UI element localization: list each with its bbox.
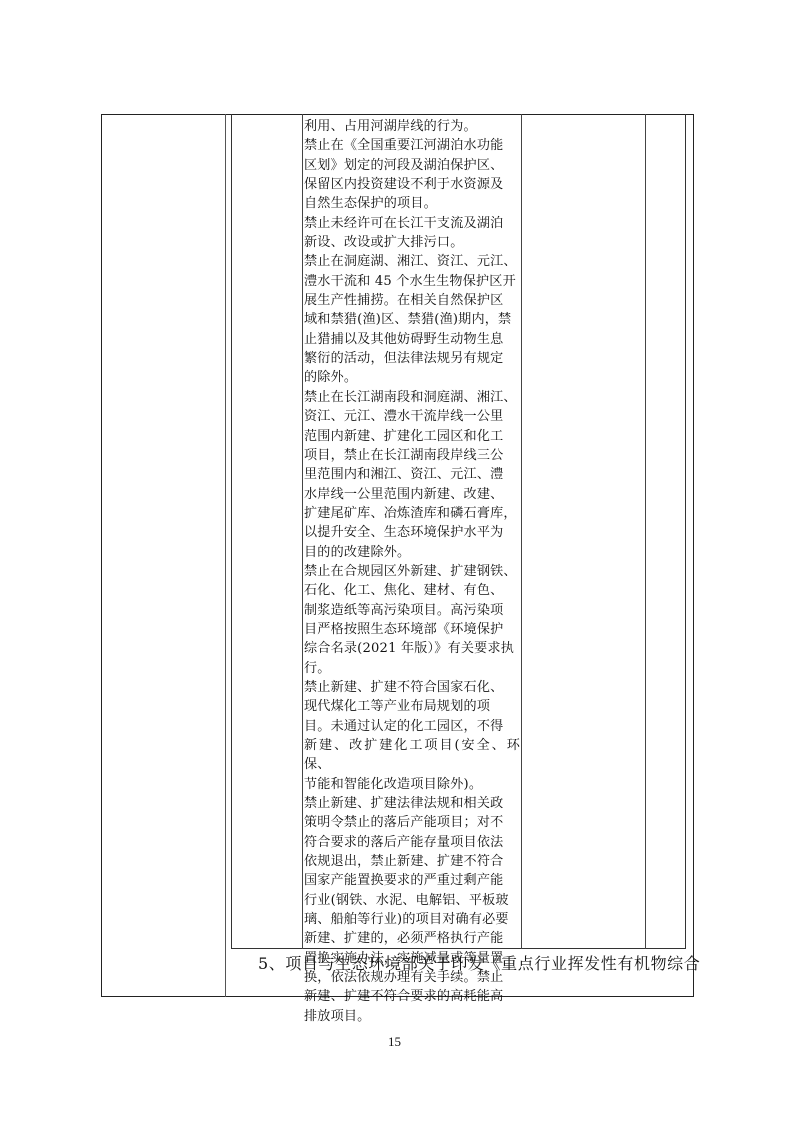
text-line: 禁止新建、扩建法律法规和相关政 [304,794,520,813]
inner-column-divider-1 [302,114,303,949]
text-line: 繁衍的活动，但法律法规另有规定 [304,349,520,368]
text-line: 资江、元江、澧水干流岸线一公里 [304,407,520,426]
text-line: 禁止新建、扩建不符合国家石化、 [304,678,520,697]
inner-column-divider-2 [521,114,522,949]
text-line: 禁止未经许可在长江干支流及湖泊 [304,214,520,233]
text-line: 以提升安全、生态环境保护水平为 [304,523,520,542]
text-line: 新建、扩建不符合要求的高耗能高 [304,987,520,1006]
text-line: 排放项目。 [304,1007,520,1026]
text-line: 依规退出，禁止新建、扩建不符合 [304,852,520,871]
text-line: 展生产性捕捞。在相关自然保护区 [304,291,520,310]
text-line: 里范围内和湘江、资江、元江、澧 [304,465,520,484]
text-line: 区划》划定的河段及湖泊保护区、 [304,156,520,175]
text-line: 国家产能置换要求的严重过剩产能 [304,871,520,890]
text-line: 扩建尾矿库、冶炼渣库和磷石膏库， [304,504,520,523]
text-line: 目严格按照生态环境部《环境保护 [304,620,520,639]
text-line: 域和禁猎(渔)区、禁猎(渔)期内，禁 [304,310,520,329]
section-5-heading: 5、项目与生态环境部关于印发《重点行业挥发性有机物综合 [258,953,688,975]
text-line: 自然生态保护的项目。 [304,194,520,213]
text-line: 的除外。 [304,368,520,387]
text-line: 行。 [304,659,520,678]
text-line: 利用、占用河湖岸线的行为。 [304,117,520,136]
text-line: 新建、改扩建化工项目(安全、环保、 [304,736,520,775]
text-line: 澧水干流和 45 个水生生物保护区开 [304,272,520,291]
page-number: 15 [388,1034,401,1050]
text-line: 璃、船舶等行业)的项目对确有必要 [304,910,520,929]
text-line: 策明令禁止的落后产能项目；对不 [304,813,520,832]
text-line: 石化、化工、焦化、建材、有色、 [304,581,520,600]
outer-column-divider [225,114,226,997]
text-line: 范围内新建、扩建化工园区和化工 [304,427,520,446]
text-line: 目的的改建除外。 [304,543,520,562]
text-line: 新建、扩建的，必须严格执行产能 [304,929,520,948]
text-line: 禁止在洞庭湖、湘江、资江、元江、 [304,252,520,271]
text-line: 节能和智能化改造项目除外)。 [304,775,520,794]
text-line: 项目，禁止在长江湖南段岸线三公 [304,446,520,465]
requirements-text-cell: 利用、占用河湖岸线的行为。禁止在《全国重要江河湖泊水功能区划》划定的河段及湖泊保… [304,117,520,1026]
text-line: 保留区内投资建设不利于水资源及 [304,175,520,194]
text-line: 禁止在合规园区外新建、扩建钢铁、 [304,562,520,581]
text-line: 符合要求的落后产能存量项目依法 [304,833,520,852]
text-line: 水岸线一公里范围内新建、改建、 [304,485,520,504]
text-line: 止猎捕以及其他妨碍野生动物生息 [304,330,520,349]
text-line: 制浆造纸等高污染项目。高污染项 [304,601,520,620]
text-line: 综合名录(2021 年版）》有关要求执 [304,639,520,658]
text-line: 目。未通过认定的化工园区，不得 [304,717,520,736]
text-line: 禁止在长江湖南段和洞庭湖、湘江、 [304,388,520,407]
text-line: 行业(钢铁、水泥、电解铝、平板玻 [304,891,520,910]
text-line: 新设、改设或扩大排污口。 [304,233,520,252]
text-line: 禁止在《全国重要江河湖泊水功能 [304,136,520,155]
inner-column-divider-3 [645,114,646,949]
document-page: 利用、占用河湖岸线的行为。禁止在《全国重要江河湖泊水功能区划》划定的河段及湖泊保… [0,0,793,1122]
text-line: 现代煤化工等产业布局规划的项 [304,697,520,716]
